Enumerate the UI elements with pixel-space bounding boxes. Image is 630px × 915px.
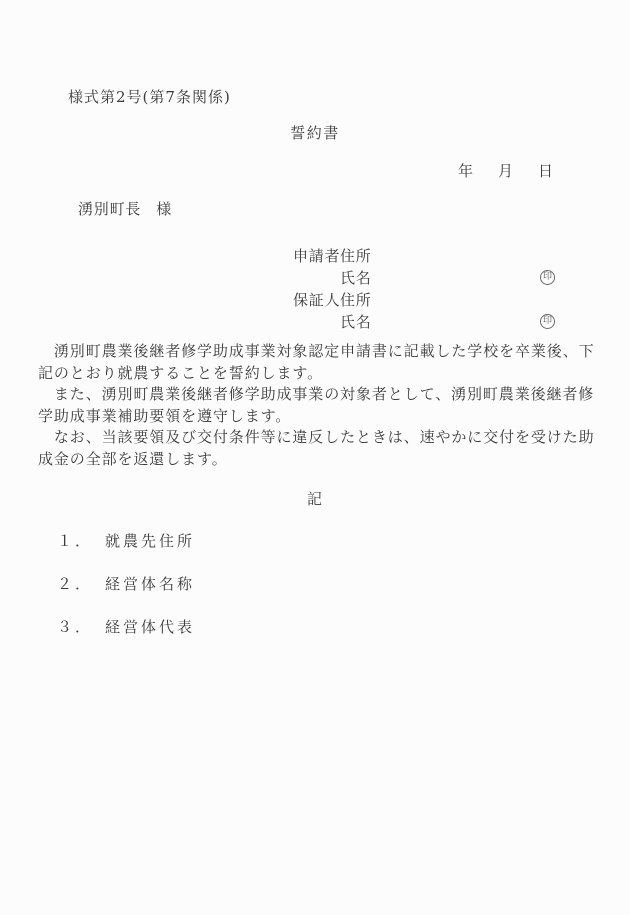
body-line: 学助成事業補助要領を遵守します。: [38, 406, 596, 428]
body-line: なお、当該要領及び交付条件等に違反したときは、速やかに交付を受けた助: [38, 427, 596, 449]
item-number: １．: [57, 530, 93, 551]
applicant-name-label: 氏名: [340, 267, 372, 288]
guarantor-address-label: 住所: [340, 289, 372, 310]
month-label: 月: [498, 160, 513, 181]
day-label: 日: [538, 160, 553, 181]
list-item: １． 就農先住所: [57, 530, 195, 573]
seal-icon: 印: [540, 270, 555, 285]
signer-block: 申請者 住所 氏名 印 保証人 住所 氏名 印: [293, 244, 555, 332]
guarantor-name-row: 氏名 印: [293, 310, 555, 332]
page-title: 誓約書: [0, 122, 630, 143]
document-page: 様式第2号(第7条関係) 誓約書 年 月 日 湧別町長 様 申請者 住所 氏名 …: [0, 0, 630, 915]
applicant-role-label: 申請者: [293, 245, 340, 266]
addressee-honorific: 様: [156, 198, 172, 219]
list-item: ３． 経営体代表: [57, 616, 195, 659]
form-number: 様式第2号(第7条関係): [68, 86, 231, 107]
addressee-name: 湧別町長: [78, 198, 141, 219]
notation-marker: 記: [0, 488, 630, 509]
guarantor-seal-wrap: 印: [540, 314, 555, 329]
body-text: 湧別町農業後継者修学助成事業対象認定申請書に記載した学校を卒業後、下 記のとおり…: [38, 341, 596, 471]
date-line: 年 月 日: [458, 160, 553, 181]
numbered-items: １． 就農先住所 ２． 経営体名称 ３． 経営体代表: [57, 530, 195, 659]
body-line: また、湧別町農業後継者修学助成事業の対象者として、湧別町農業後継者修: [38, 384, 596, 406]
item-label: 就農先住所: [105, 530, 195, 551]
applicant-seal-wrap: 印: [540, 270, 555, 285]
body-line: 湧別町農業後継者修学助成事業対象認定申請書に記載した学校を卒業後、下: [38, 341, 596, 363]
item-label: 経営体代表: [105, 616, 195, 637]
seal-icon: 印: [540, 314, 555, 329]
guarantor-role-label: 保証人: [293, 289, 340, 310]
guarantor-name-label: 氏名: [340, 311, 372, 332]
body-line: 記のとおり就農することを誓約します。: [38, 363, 596, 385]
guarantor-address-row: 保証人 住所: [293, 288, 555, 310]
item-number: ３．: [57, 616, 93, 637]
applicant-name-row: 氏名 印: [293, 266, 555, 288]
body-line: 成金の全部を返還します。: [38, 449, 596, 471]
item-label: 経営体名称: [105, 573, 195, 594]
applicant-address-label: 住所: [340, 245, 372, 266]
list-item: ２． 経営体名称: [57, 573, 195, 616]
item-number: ２．: [57, 573, 93, 594]
year-label: 年: [458, 160, 473, 181]
addressee: 湧別町長 様: [78, 198, 172, 219]
applicant-address-row: 申請者 住所: [293, 244, 555, 266]
